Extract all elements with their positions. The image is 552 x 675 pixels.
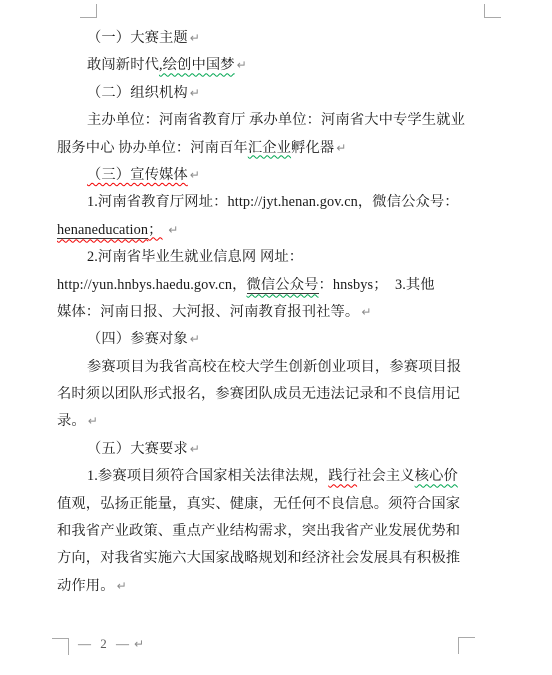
text-segment: （五）大赛要求 (87, 441, 188, 457)
text-line-eligibility-line-2[interactable]: 名时须以团队形式报名，参赛团队成员无违法记录和不良信用记 (57, 381, 460, 408)
text-line-requirements-line-2[interactable]: 值观，弘扬正能量，真实、健康，无任何不良信息。须符合国家 (57, 491, 460, 518)
text-segment: 值观，弘扬正能量，真实、健康，无任何不良信息。须符合国家 (57, 496, 460, 512)
paragraph-mark: ↵ (190, 332, 200, 346)
underlined-text-solid-wavy-red: henaneducation (57, 222, 148, 239)
text-line-heading-4-eligibility[interactable]: （四）参赛对象↵ (57, 326, 460, 353)
paragraph-mark: ↵ (336, 141, 346, 155)
text-segment: 录。 (57, 413, 86, 429)
footer-paragraph-mark: ↵ (134, 637, 147, 651)
paragraph-mark: ↵ (237, 58, 247, 72)
underlined-text-wavy-green: ,绘创中国梦 (159, 57, 235, 73)
text-line-heading-3-media[interactable]: （三）宣传媒体↵ (57, 162, 460, 189)
text-line-requirements-line-4[interactable]: 方向，对我省实施六大国家战略规划和经济社会发展具有积极推 (57, 545, 460, 572)
text-segment: 名时须以团队形式报名，参赛团队成员无违法记录和不良信用记 (57, 386, 460, 402)
text-line-media-line-4[interactable]: http://yun.hnbys.haedu.gov.cn，微信公众号：hnsb… (57, 272, 460, 299)
crop-mark-bottom-right (458, 637, 475, 654)
underlined-text-wavy-red: 践行 (328, 468, 357, 484)
page-footer: — 2 —↵ (78, 634, 147, 654)
text-segment: 1.参赛项目须符合国家相关法律法规， (87, 468, 328, 484)
text-line-eligibility-line-3[interactable]: 录。↵ (57, 408, 460, 435)
underlined-text-wavy-green: 汇企业 (248, 140, 291, 156)
text-line-heading-2-organizers[interactable]: （二）组织机构↵ (57, 80, 460, 107)
text-line-requirements-line-5[interactable]: 动作用。↵ (57, 573, 460, 600)
text-line-organizers-line-2[interactable]: 服务中心 协办单位：河南百年汇企业孵化器↵ (57, 135, 460, 162)
text-line-media-line-5[interactable]: 媒体：河南日报、大河报、河南教育报刊社等。↵ (57, 299, 460, 326)
page-number: — 2 — (78, 636, 132, 651)
crop-mark-top-left (80, 4, 97, 18)
document-body[interactable]: （一）大赛主题↵敢闯新时代,绘创中国梦↵（二）组织机构↵主办单位：河南省教育厅 … (57, 25, 460, 600)
text-line-eligibility-line-1[interactable]: 参赛项目为我省高校在校大学生创新创业项目，参赛项目报 (57, 354, 460, 381)
text-segment: 参赛项目为我省高校在校大学生创新创业项目，参赛项目报 (87, 359, 461, 375)
text-segment: （四）参赛对象 (87, 331, 188, 347)
text-segment: 服务中心 协办单位：河南百年 (57, 140, 248, 156)
crop-mark-top-right (484, 4, 501, 18)
text-segment: 敢闯新时代 (87, 57, 159, 73)
text-segment: 2.河南省毕业生就业信息网 网址： (87, 249, 303, 265)
crop-mark-bottom-left (52, 638, 69, 655)
text-line-heading-5-requirements[interactable]: （五）大赛要求↵ (57, 436, 460, 463)
text-line-organizers-line-1[interactable]: 主办单位：河南省教育厅 承办单位：河南省大中专学生就业 (57, 107, 460, 134)
text-segment: http://yun.hnbys.haedu.gov.cn， (57, 277, 247, 293)
underlined-text-solid-wavy-green: 微信公众号 (247, 277, 319, 294)
paragraph-mark: ↵ (190, 31, 200, 45)
text-line-heading-1-theme[interactable]: （一）大赛主题↵ (57, 25, 460, 52)
paragraph-mark: ↵ (88, 414, 98, 428)
paragraph-mark: ↵ (117, 579, 127, 593)
paragraph-mark: ↵ (190, 168, 200, 182)
text-segment: 主办单位：河南省教育厅 承办单位：河南省大中专学生就业 (87, 112, 465, 128)
text-line-media-line-1[interactable]: 1.河南省教育厅网址：http://jyt.henan.gov.cn，微信公众号… (57, 189, 460, 216)
text-segment: 1.河南省教育厅网址：http://jyt.henan.gov.cn，微信公众号… (87, 194, 459, 210)
text-segment: 孵化器 (291, 140, 334, 156)
text-line-requirements-line-1[interactable]: 1.参赛项目须符合国家相关法律法规，践行社会主义核心价 (57, 463, 460, 490)
underlined-text-wavy-red: ； (148, 222, 162, 238)
underlined-text-wavy-red: （三）宣传媒体 (87, 167, 188, 183)
text-segment: （二）组织机构 (87, 85, 188, 101)
text-line-media-line-2[interactable]: henaneducation； ↵ (57, 217, 460, 244)
text-segment: （一）大赛主题 (87, 30, 188, 46)
paragraph-mark: ↵ (190, 86, 200, 100)
word-document-page: { "document": { "lines": [ {"name":"head… (0, 0, 552, 675)
text-segment: ：hnsbys； 3.其他 (319, 277, 435, 293)
text-line-media-line-3[interactable]: 2.河南省毕业生就业信息网 网址： (57, 244, 460, 271)
text-line-requirements-line-3[interactable]: 和我省产业政策、重点产业结构需求，突出我省产业发展优势和 (57, 518, 460, 545)
text-line-theme-text[interactable]: 敢闯新时代,绘创中国梦↵ (57, 52, 460, 79)
text-segment (163, 222, 167, 238)
text-segment: 动作用。 (57, 578, 115, 594)
text-segment: 社会主义 (357, 468, 415, 484)
underlined-text-wavy-green: 核心价 (415, 468, 458, 484)
paragraph-mark: ↵ (168, 223, 178, 237)
paragraph-mark: ↵ (190, 442, 200, 456)
text-segment: 和我省产业政策、重点产业结构需求，突出我省产业发展优势和 (57, 523, 460, 539)
paragraph-mark: ↵ (361, 305, 371, 319)
text-segment: 方向，对我省实施六大国家战略规划和经济社会发展具有积极推 (57, 550, 460, 566)
text-segment: 媒体：河南日报、大河报、河南教育报刊社等。 (57, 304, 359, 320)
